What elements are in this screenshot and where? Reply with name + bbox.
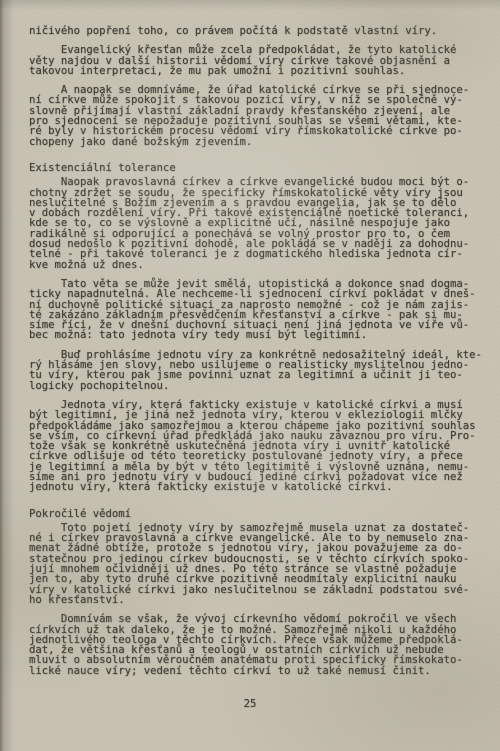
paragraph: Jednota víry, která fakticky existuje v … [29, 400, 490, 493]
paragraph-continuation: ničivého popření toho, co právem počítá … [29, 26, 490, 36]
section-heading-existencialni-tolerance: Existenciální tolerance [29, 163, 490, 173]
paragraph: Toto pojetí jednoty víry by samozřejmě m… [29, 523, 490, 605]
scanned-page: ničivého popření toho, co právem počítá … [0, 0, 500, 709]
page-number: 25 [29, 699, 471, 709]
paragraph: Evangelický křesťan může zcela předpoklá… [29, 45, 490, 76]
paragraph: Naopak pravoslavná církev a církve evang… [29, 177, 490, 270]
paragraph: Tato věta se může jevit smělá, utopistic… [29, 279, 490, 341]
paragraph: Buď prohlásíme jednotu víry za konkrétně… [29, 350, 490, 391]
paragraph: A naopak se domníváme, že úřad katolické… [29, 85, 490, 147]
section-heading-pokrocile-vedomi: Pokročilé vědomí [29, 509, 490, 519]
paragraph: Domnívám se však, že vývoj církevního vě… [29, 614, 490, 676]
